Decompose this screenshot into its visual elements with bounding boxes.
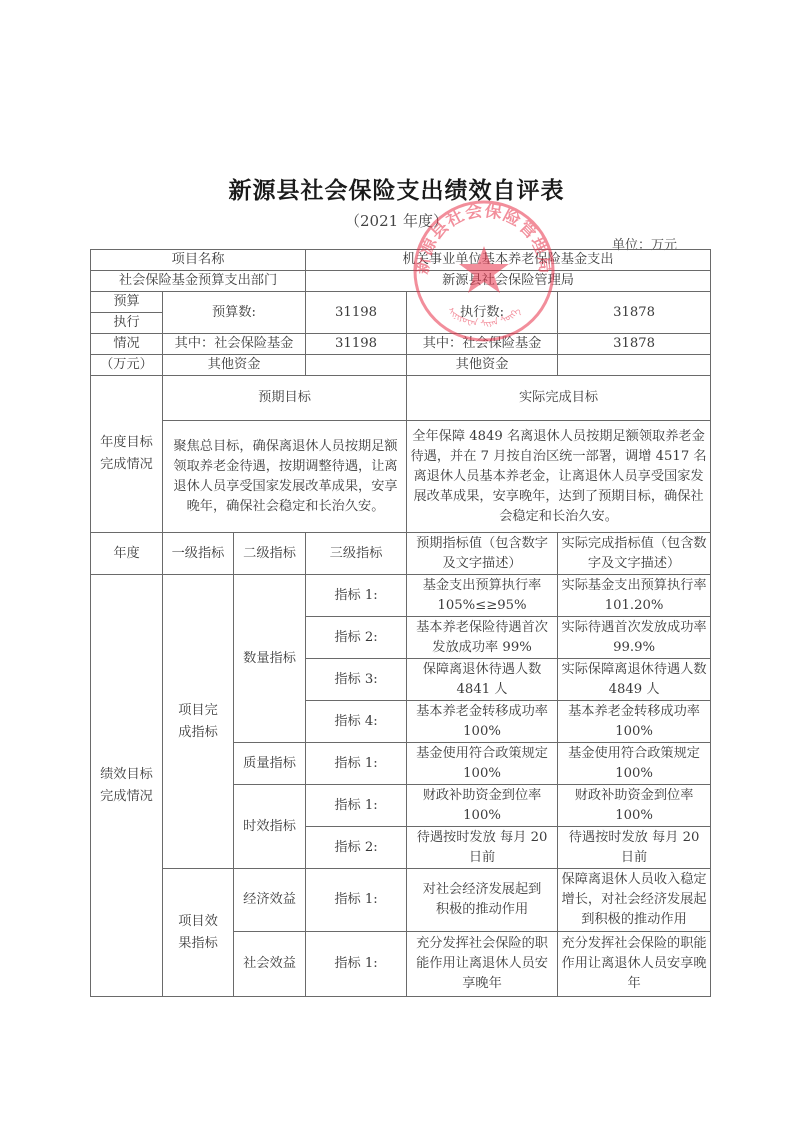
actual-value: 保障离退休人员收入稳定增长，对社会经济发展起到积极的推动作用 bbox=[558, 869, 711, 932]
actual-goal-header: 实际完成目标 bbox=[407, 376, 711, 421]
level3-indicator: 指标 1: bbox=[306, 869, 407, 932]
actual-value: 实际保障离退休待遇人数 4849 人 bbox=[558, 659, 711, 701]
header-level3: 三级指标 bbox=[306, 533, 407, 575]
expected-goal-text: 聚焦总目标，确保离退休人员按期足额领取养老金待遇，按期调整待遇，让离退休人员享受… bbox=[163, 421, 407, 533]
performance-self-evaluation-table: 项目名称 机关事业单位基本养老保险基金支出 社会保险基金预算支出部门 新源县社会… bbox=[90, 249, 711, 997]
level3-indicator: 指标 3: bbox=[306, 659, 407, 701]
exec-amount-label: 执行数: bbox=[407, 292, 558, 334]
dept-value: 新源县社会保险管理局 bbox=[306, 271, 711, 292]
budget-amount-label: 预算数: bbox=[163, 292, 306, 334]
actual-value: 实际待遇首次发放成功率 99.9% bbox=[558, 617, 711, 659]
other-exec-label: 其他资金 bbox=[407, 355, 558, 376]
project-name-value: 机关事业单位基本养老保险基金支出 bbox=[306, 250, 711, 271]
budget-side-label-4: （万元） bbox=[91, 355, 163, 376]
actual-goal-text: 全年保障 4849 名离退休人员按期足额领取养老金待遇，并在 7 月按自治区统一… bbox=[407, 421, 711, 533]
header-expected-value: 预期指标值（包含数字及文字描述） bbox=[407, 533, 558, 575]
other-budget-label: 其他资金 bbox=[163, 355, 306, 376]
expected-value: 财政补助资金到位率 100% bbox=[407, 785, 558, 827]
level3-indicator: 指标 2: bbox=[306, 617, 407, 659]
ssf-exec-label: 其中：社会保险基金 bbox=[407, 334, 558, 355]
dept-label: 社会保险基金预算支出部门 bbox=[91, 271, 306, 292]
ssf-exec-value: 31878 bbox=[558, 334, 711, 355]
level3-indicator: 指标 1: bbox=[306, 575, 407, 617]
level2-timeliness: 时效指标 bbox=[234, 785, 306, 869]
level3-indicator: 指标 2: bbox=[306, 827, 407, 869]
budget-side-label-1: 预算 bbox=[91, 292, 163, 313]
actual-value: 基金使用符合政策规定 100% bbox=[558, 743, 711, 785]
actual-value: 基本养老金转移成功率 100% bbox=[558, 701, 711, 743]
other-budget-value bbox=[306, 355, 407, 376]
level3-indicator: 指标 1: bbox=[306, 785, 407, 827]
expected-value: 充分发挥社会保险的职能作用让离退休人员安享晚年 bbox=[407, 932, 558, 997]
project-name-label: 项目名称 bbox=[91, 250, 306, 271]
ssf-budget-label: 其中：社会保险基金 bbox=[163, 334, 306, 355]
level2-economic: 经济效益 bbox=[234, 869, 306, 932]
level3-indicator: 指标 1: bbox=[306, 743, 407, 785]
header-year: 年度 bbox=[91, 533, 163, 575]
level1-project-completion: 项目完成指标 bbox=[163, 575, 234, 869]
level2-social: 社会效益 bbox=[234, 932, 306, 997]
document-subtitle: （2021 年度） bbox=[0, 210, 793, 231]
expected-value: 对社会经济发展起到积极的推动作用 bbox=[407, 869, 558, 932]
expected-goal-header: 预期目标 bbox=[163, 376, 407, 421]
actual-value: 财政补助资金到位率 100% bbox=[558, 785, 711, 827]
other-exec-value bbox=[558, 355, 711, 376]
expected-value: 基本养老金转移成功率 100% bbox=[407, 701, 558, 743]
expected-value: 保障离退休待遇人数 4841 人 bbox=[407, 659, 558, 701]
performance-label: 绩效目标完成情况 bbox=[91, 575, 163, 997]
exec-amount-value: 31878 bbox=[558, 292, 711, 334]
budget-side-label-3: 情况 bbox=[91, 334, 163, 355]
budget-amount-value: 31198 bbox=[306, 292, 407, 334]
level3-indicator: 指标 4: bbox=[306, 701, 407, 743]
actual-value: 待遇按时发放 每月 20 日前 bbox=[558, 827, 711, 869]
budget-side-label-2: 执行 bbox=[91, 313, 163, 334]
level1-project-effect: 项目效果指标 bbox=[163, 869, 234, 997]
ssf-budget-value: 31198 bbox=[306, 334, 407, 355]
actual-value: 实际基金支出预算执行率 101.20% bbox=[558, 575, 711, 617]
header-actual-value: 实际完成指标值（包含数字及文字描述） bbox=[558, 533, 711, 575]
actual-value: 充分发挥社会保险的职能作用让离退休人员安享晚年 bbox=[558, 932, 711, 997]
expected-value: 基本养老保险待遇首次发放成功率 99% bbox=[407, 617, 558, 659]
expected-value: 待遇按时发放 每月 20 日前 bbox=[407, 827, 558, 869]
level3-indicator: 指标 1: bbox=[306, 932, 407, 997]
level2-quality: 质量指标 bbox=[234, 743, 306, 785]
document-title: 新源县社会保险支出绩效自评表 bbox=[0, 172, 793, 205]
expected-value: 基金使用符合政策规定 100% bbox=[407, 743, 558, 785]
annual-goal-label: 年度目标完成情况 bbox=[91, 376, 163, 533]
expected-value: 基金支出预算执行率 105%≤≥95% bbox=[407, 575, 558, 617]
header-level2: 二级指标 bbox=[234, 533, 306, 575]
level2-quantity: 数量指标 bbox=[234, 575, 306, 743]
header-level1: 一级指标 bbox=[163, 533, 234, 575]
